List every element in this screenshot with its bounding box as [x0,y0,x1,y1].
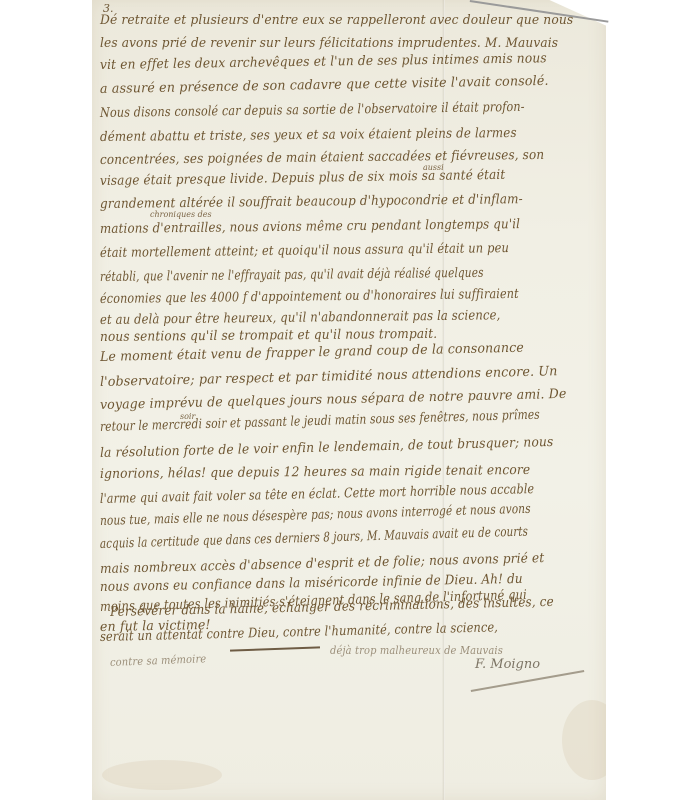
interlinear-annotation: chroniques des [150,210,212,219]
letter-line: nous sentions qu'il se trompait et qu'il… [100,327,437,345]
paper-stain [562,700,622,780]
letter-line: Dé retraite et plusieurs d'entre eux se … [100,13,573,28]
marginal-note: déjà trop malheureux de Mauvais [330,644,503,657]
paper-stain [102,760,222,790]
signature: F. Moigno [475,657,540,672]
letter-line: les avons prié de revenir sur leurs féli… [100,36,558,51]
